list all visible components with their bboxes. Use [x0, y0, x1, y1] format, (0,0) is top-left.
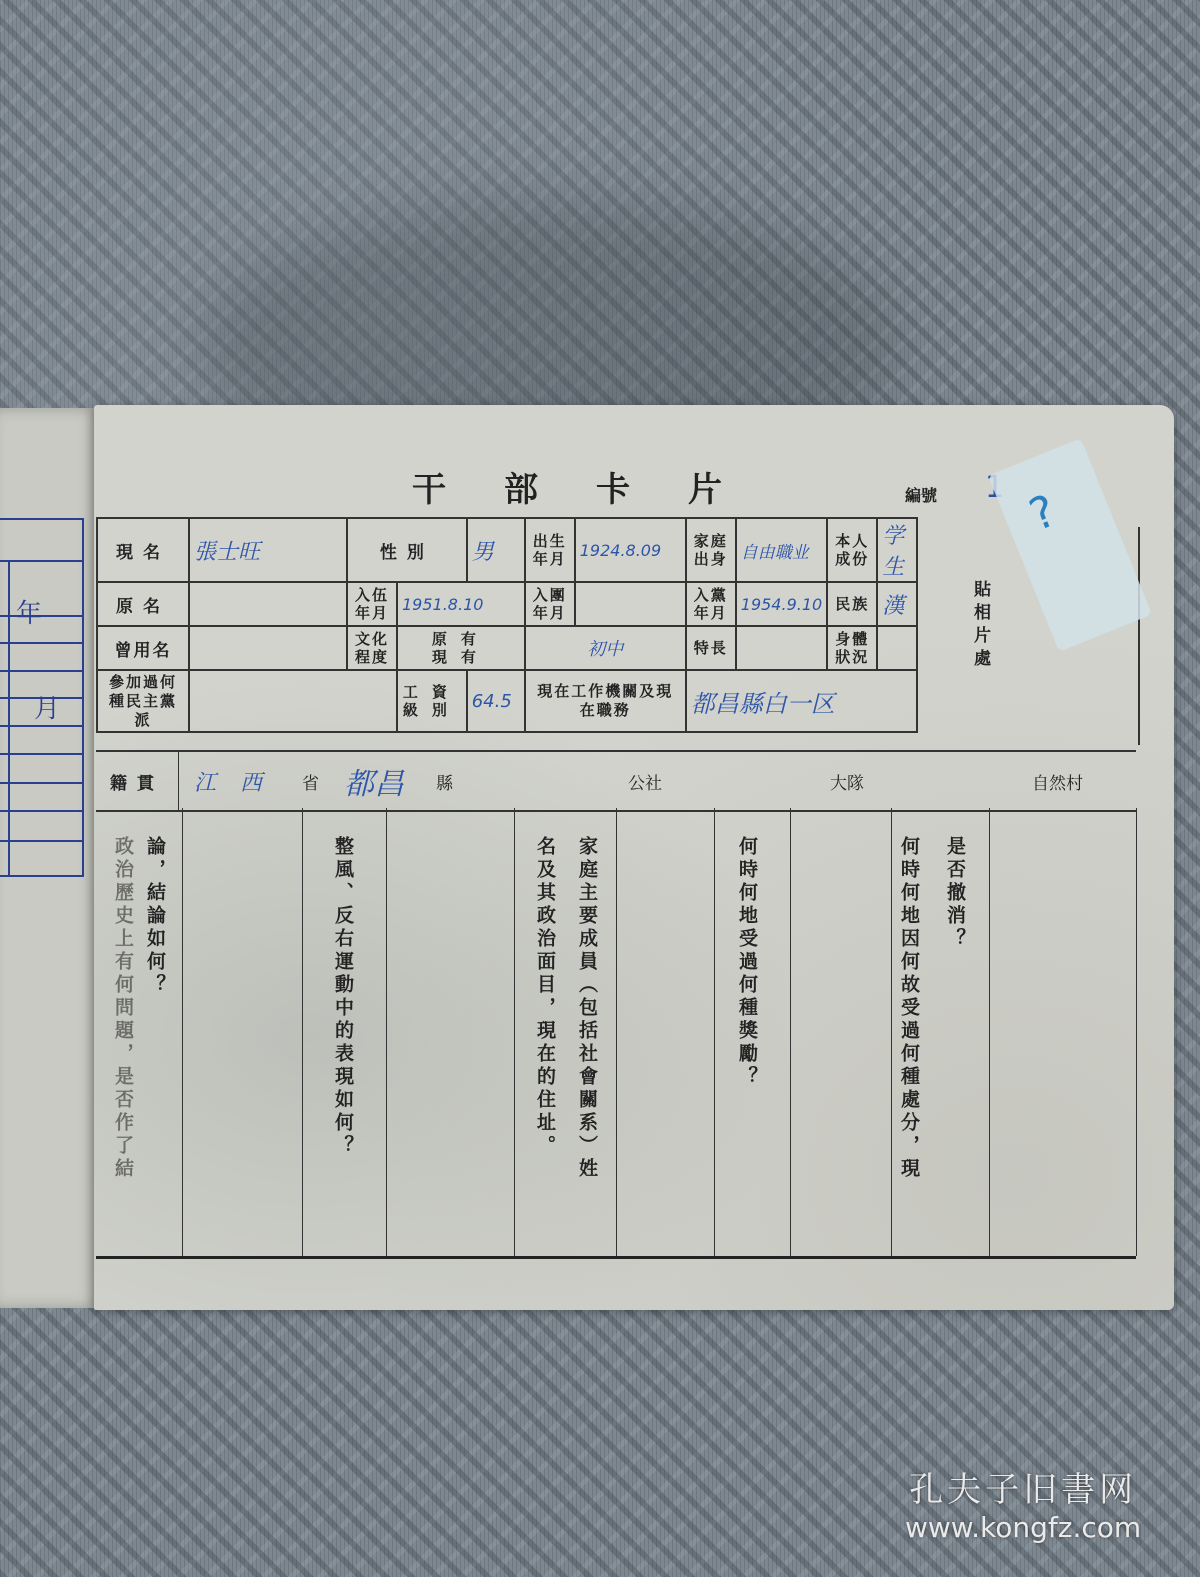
- grid-line: [0, 560, 82, 562]
- left-page-month: 月: [34, 688, 60, 725]
- enlist-date-value: 1951.8.10: [397, 582, 525, 626]
- watermark-url: www.kongfz.com: [905, 1511, 1141, 1544]
- ethnicity-value: 漢: [877, 582, 917, 626]
- question-punishment-2: 是否撤消？: [944, 836, 966, 951]
- province-value: 江西: [179, 751, 302, 811]
- party-date-label: 入黨年月: [686, 582, 736, 626]
- wage-grade-label: 工資級別: [397, 670, 467, 732]
- column-divider: [891, 808, 892, 1256]
- education-label: 文化程度: [347, 626, 397, 670]
- native-place-row: 籍貫 江西 省 都昌 縣 公社 大隊 自然村: [96, 750, 1136, 812]
- grid-line: [0, 840, 82, 842]
- enlist-date-label: 入伍年月: [347, 582, 397, 626]
- watermark-text: 孔夫子旧書网: [905, 1462, 1141, 1511]
- question-punishment-1: 何時何地因何故受過何種處分，現: [898, 836, 920, 1181]
- table-row: 籍貫 江西 省 都昌 縣 公社 大隊 自然村: [96, 751, 1136, 811]
- county-label: 縣: [435, 751, 627, 811]
- grid-line: [0, 725, 82, 727]
- league-date-label: 入團年月: [525, 582, 575, 626]
- grid-line: [0, 670, 82, 672]
- birth-value: 1924.8.09: [575, 518, 686, 582]
- workplace-value: 都昌縣白一区: [686, 670, 917, 732]
- parties-value: [189, 670, 397, 732]
- left-page: 年 月: [0, 408, 100, 1308]
- grid-line: [0, 810, 82, 812]
- education-original-label: 原有: [402, 630, 520, 648]
- question-rectification: 整風、反右運動中的表現如何？: [332, 836, 354, 1158]
- grid-line: [0, 753, 82, 755]
- workplace-label: 現在工作機關及現在職務: [525, 670, 686, 732]
- family-origin-value: 自由職业: [736, 518, 827, 582]
- question-political-history-2: 論，結論如何？: [144, 836, 166, 997]
- health-label: 身體狀況: [827, 626, 877, 670]
- column-divider: [714, 808, 715, 1256]
- column-divider: [514, 808, 515, 1256]
- column-divider: [616, 808, 617, 1256]
- original-name-value: [189, 582, 347, 626]
- personal-info-table: 現名 張士旺 性別 男 出生年月 1924.8.09 家庭出身 自由職业 本人成…: [96, 517, 918, 733]
- parties-label: 參加過何種民主黨派: [97, 670, 189, 732]
- original-name-label: 原名: [97, 582, 189, 626]
- gender-label: 性別: [347, 518, 467, 582]
- left-page-year: 年: [16, 593, 42, 630]
- education-current-label: 現有: [402, 648, 520, 666]
- table-row: 參加過何種民主黨派 工資級別 64.5 現在工作機關及現在職務 都昌縣白一区: [97, 670, 917, 732]
- column-divider: [182, 808, 183, 1256]
- current-name-label: 現名: [97, 518, 189, 582]
- column-divider: [386, 808, 387, 1256]
- alias-value: [189, 626, 347, 670]
- specialty-value: [736, 626, 827, 670]
- education-row-labels: 原有 現有: [397, 626, 525, 670]
- alias-label: 曾用名: [97, 626, 189, 670]
- current-name-value: 張士旺: [189, 518, 347, 582]
- village-label: 自然村: [1031, 751, 1136, 811]
- grid-line: [0, 782, 82, 784]
- county-value: 都昌: [343, 751, 435, 811]
- column-divider: [1136, 808, 1137, 1256]
- wage-grade-value: 64.5: [467, 670, 525, 732]
- family-origin-label: 家庭出身: [686, 518, 736, 582]
- photo-label: 貼相片處: [968, 580, 993, 672]
- question-political-history-1: 政治歷史上有何問題，是否作了結: [112, 836, 134, 1181]
- column-divider: [790, 808, 791, 1256]
- tape-mark: ?: [1022, 485, 1063, 541]
- native-place-label: 籍貫: [96, 751, 179, 811]
- table-row: 原名 入伍年月 1951.8.10 入團年月 入黨年月 1954.9.10 民族…: [97, 582, 917, 626]
- ethnicity-label: 民族: [827, 582, 877, 626]
- table-row: 曾用名 文化程度 原有 現有 初中 特長 身體狀況: [97, 626, 917, 670]
- brigade-label: 大隊: [829, 751, 1031, 811]
- health-value: [877, 626, 917, 670]
- column-divider: [302, 808, 303, 1256]
- grid-line: [8, 560, 10, 875]
- question-awards: 何時何地受過何種獎勵？: [736, 836, 758, 1089]
- commune-label: 公社: [627, 751, 829, 811]
- table-row: 現名 張士旺 性別 男 出生年月 1924.8.09 家庭出身 自由職业 本人成…: [97, 518, 917, 582]
- question-family-1: 名及其政治面目，現在的住址。: [534, 836, 556, 1158]
- personal-status-label: 本人成份: [827, 518, 877, 582]
- province-label: 省: [301, 751, 343, 811]
- column-divider: [989, 808, 990, 1256]
- grid-line: [0, 642, 82, 644]
- league-date-value: [575, 582, 686, 626]
- questions-section: 政治歷史上有何問題，是否作了結 論，結論如何？ 整風、反右運動中的表現如何？ 名…: [96, 808, 1136, 1259]
- watermark: 孔夫子旧書网 www.kongfz.com: [905, 1462, 1141, 1544]
- education-current-value: 初中: [525, 626, 686, 670]
- party-date-value: 1954.9.10: [736, 582, 827, 626]
- birth-label: 出生年月: [525, 518, 575, 582]
- personal-status-value: 学生: [877, 518, 917, 582]
- specialty-label: 特長: [686, 626, 736, 670]
- card-title: 干部卡片: [412, 462, 780, 511]
- question-family-2: 家庭主要成員（包括社會關系）姓: [576, 836, 598, 1181]
- serial-label: 編號: [905, 483, 937, 506]
- gender-value: 男: [467, 518, 525, 582]
